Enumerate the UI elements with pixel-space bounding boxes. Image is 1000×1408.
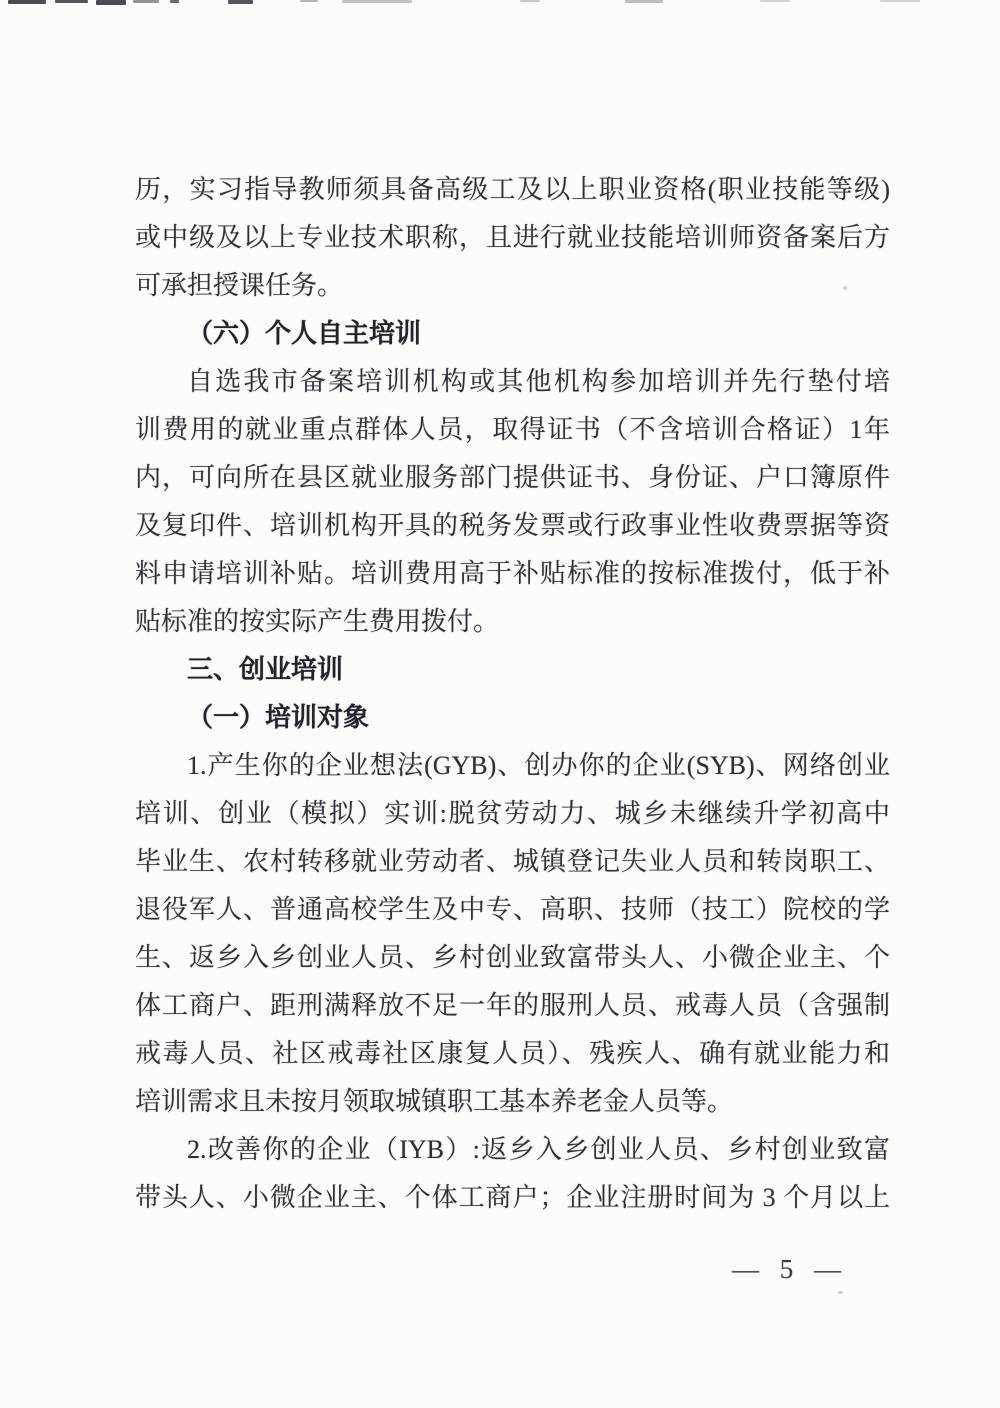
text-line: 训费用的就业重点群体人员，取得证书（不含培训合格证）1年	[135, 406, 890, 454]
scan-artifact	[8, 0, 46, 4]
page-number: — 5 —	[732, 1254, 848, 1285]
scan-artifact	[760, 0, 790, 2]
section-heading: （一）培训对象	[135, 694, 890, 742]
text-line: 带头人、小微企业主、个体工商户；企业注册时间为 3 个月以上	[135, 1174, 890, 1222]
text-line: 1.产生你的企业想法(GYB)、创办你的企业(SYB)、网络创业	[135, 742, 890, 790]
scan-speckle	[838, 1291, 843, 1294]
text-line: 或中级及以上专业技术职称，且进行就业技能培训师资备案后方	[135, 214, 890, 262]
scan-artifact	[520, 0, 540, 2]
section-heading: （六）个人自主培训	[135, 310, 890, 358]
text-line: 培训、创业（模拟）实训:脱贫劳动力、城乡未继续升学初高中	[135, 790, 890, 838]
scan-artifact	[170, 0, 179, 3]
scanned-document-page: 历，实习指导教师须具备高级工及以上职业资格(职业技能等级) 或中级及以上专业技术…	[0, 0, 1000, 1408]
section-heading: 三、创业培训	[135, 646, 890, 694]
text-line: 体工商户、距刑满释放不足一年的服刑人员、戒毒人员（含强制	[135, 982, 890, 1030]
scan-artifact	[133, 0, 159, 3]
scan-artifact	[625, 0, 663, 3]
scan-artifact	[300, 0, 318, 2]
text-line: 2.改善你的企业（IYB）:返乡入乡创业人员、乡村创业致富	[135, 1126, 890, 1174]
scan-artifact	[880, 0, 920, 2]
scan-artifact	[228, 0, 253, 4]
text-line: 生、返乡入乡创业人员、乡村创业致富带头人、小微企业主、个	[135, 934, 890, 982]
document-body: 历，实习指导教师须具备高级工及以上职业资格(职业技能等级) 或中级及以上专业技术…	[135, 166, 890, 1222]
text-line: 退役军人、普通高校学生及中专、高职、技师（技工）院校的学	[135, 886, 890, 934]
text-line: 贴标准的按实际产生费用拨付。	[135, 598, 890, 646]
text-line: 戒毒人员、社区戒毒社区康复人员）、残疾人、确有就业能力和	[135, 1030, 890, 1078]
text-line: 可承担授课任务。	[135, 262, 890, 310]
text-line: 历，实习指导教师须具备高级工及以上职业资格(职业技能等级)	[135, 166, 890, 214]
scan-artifact	[55, 0, 88, 3]
scan-artifact	[342, 0, 412, 3]
text-line: 内，可向所在县区就业服务部门提供证书、身份证、户口簿原件	[135, 454, 890, 502]
text-line: 自选我市备案培训机构或其他机构参加培训并先行垫付培	[135, 358, 890, 406]
scan-artifact	[96, 0, 126, 5]
text-line: 料申请培训补贴。培训费用高于补贴标准的按标准拨付，低于补	[135, 550, 890, 598]
text-line: 毕业生、农村转移就业劳动者、城镇登记失业人员和转岗职工、	[135, 838, 890, 886]
text-line: 及复印件、培训机构开具的税务发票或行政事业性收费票据等资	[135, 502, 890, 550]
text-line: 培训需求且未按月领取城镇职工基本养老金人员等。	[135, 1078, 890, 1126]
